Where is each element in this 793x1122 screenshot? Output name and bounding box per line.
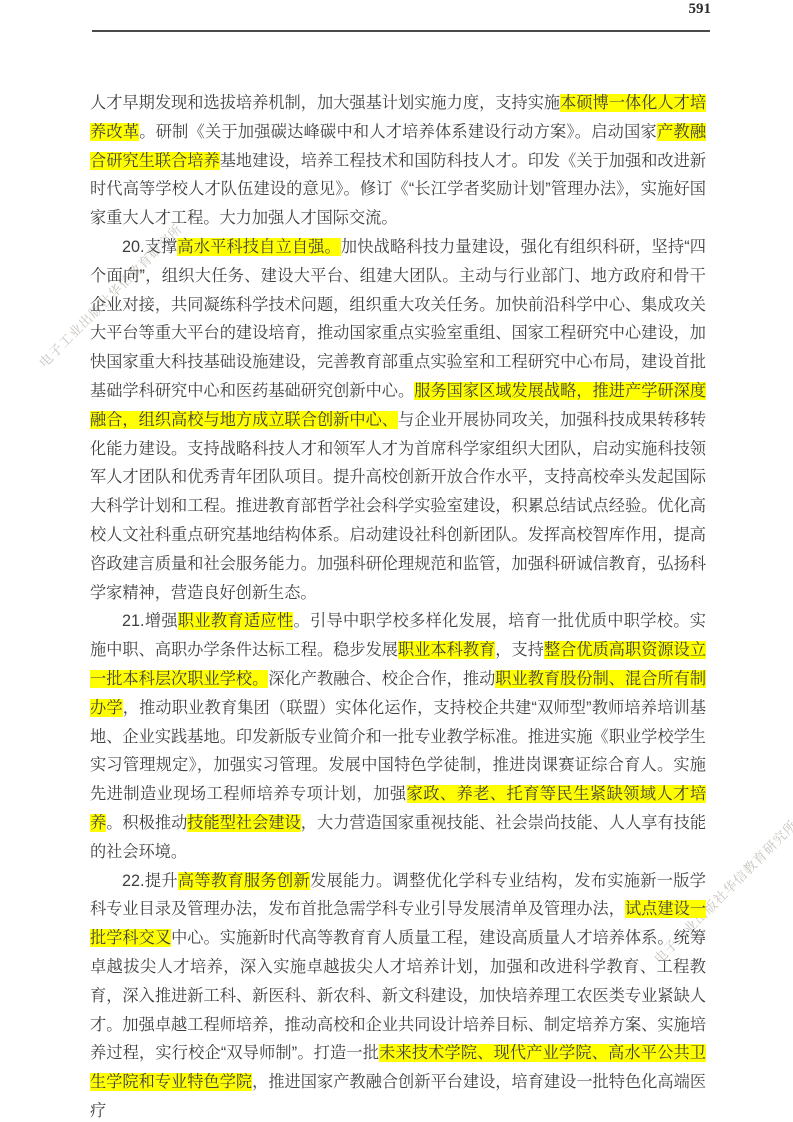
text-segment: 人才早期发现和选拔培养机制，加大强基计划实施力度，支持实施	[90, 94, 560, 112]
document-page: 591 电子工业出版社华信教育研究所 电子工业出版社华信教育研究所 人才早期发现…	[0, 0, 793, 1122]
page-number: 591	[689, 1, 712, 18]
paragraph: 20.支撑高水平科技自立自强。加快战略科技力量建设，强化有组织科研，坚持“四个面…	[90, 233, 706, 607]
highlighted-text: 职业本科教育	[398, 641, 495, 659]
text-segment: 。研制《关于加强碳达峰碳中和人才培养体系建设行动方案》。启动国家	[139, 123, 657, 141]
text-segment: 。积极推动	[106, 814, 187, 832]
paragraph: 22.提升高等教育服务创新发展能力。调整优化学科专业结构，发布实施新一版学科专业…	[90, 867, 706, 1122]
document-body: 人才早期发现和选拔培养机制，加大强基计划实施力度，支持实施本硕博一体化人才培养改…	[90, 89, 706, 1122]
paragraph: 人才早期发现和选拔培养机制，加大强基计划实施力度，支持实施本硕博一体化人才培养改…	[90, 89, 706, 233]
highlighted-text: 技能型社会建设	[187, 814, 300, 832]
paragraph: 21.增强职业教育适应性。引导中职学校多样化发展，培育一批优质中职学校。实施中职…	[90, 607, 706, 866]
text-segment: ，支持	[495, 641, 544, 659]
text-segment: 加快战略科技力量建设，强化有组织科研，坚持“四个面向”，组织大任务、建设大平台、…	[90, 238, 706, 400]
text-segment: 21.增强	[122, 612, 178, 630]
highlighted-text: 职业教育适应性	[178, 612, 294, 630]
highlighted-text: 高等教育服务创新	[178, 872, 310, 890]
header-rule	[92, 30, 710, 32]
text-segment: 深化产教融合、校企合作，推动	[268, 670, 495, 688]
text-segment: 20.支撑	[122, 238, 177, 256]
text-segment: 中心。实施新时代高等教育育人质量工程，建设高质量人才培养体系。统筹卓越拔尖人才培…	[90, 929, 706, 1062]
highlighted-text: 高水平科技自立自强。	[177, 238, 341, 256]
text-segment: 22.提升	[122, 872, 178, 890]
text-segment: 与企业开展协同攻关，加强科技成果转移转化能力建设。支持战略科技人才和领军人才为首…	[90, 411, 706, 602]
